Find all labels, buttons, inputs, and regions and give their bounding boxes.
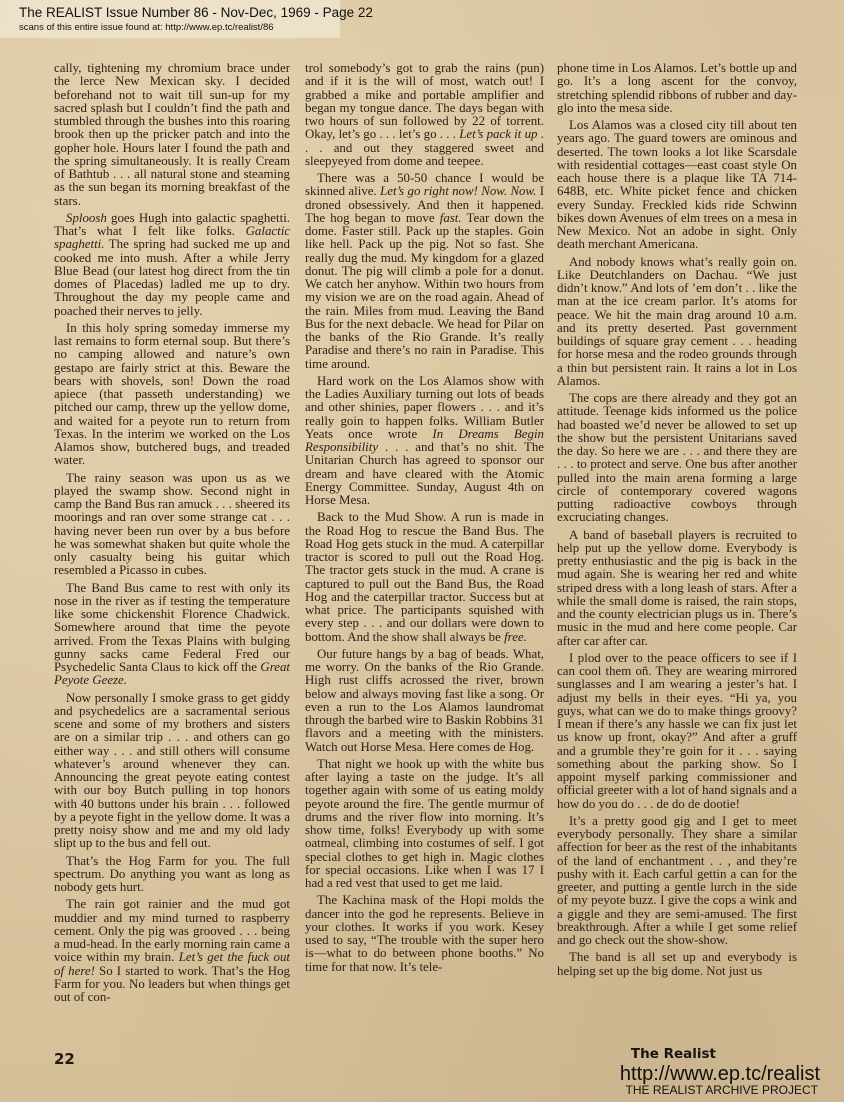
article-paragraph: And nobody knows what’s really goin on. … (557, 256, 797, 389)
article-paragraph: A band of baseball players is recruited … (557, 529, 797, 648)
article-paragraph: The band is all set up and everybody is … (557, 951, 797, 978)
article-paragraph: In this holy spring someday immerse my l… (54, 322, 290, 468)
footer-brand: The Realist (631, 1046, 716, 1062)
footer-project-name: THE REALIST ARCHIVE PROJECT (626, 1083, 819, 1097)
article-paragraph: Hard work on the Los Alamos show with th… (305, 375, 544, 508)
banner-title: The REALIST Issue Number 86 - Nov-Dec, 1… (19, 5, 373, 20)
article-paragraph: cally, tightening my chromium brace unde… (54, 62, 290, 208)
article-paragraph: phone time in Los Alamos. Let’s bottle u… (557, 62, 797, 115)
article-paragraph: I plod over to the peace officers to see… (557, 652, 797, 811)
article-paragraph: The rainy season was upon us as we playe… (54, 472, 290, 578)
article-paragraph: That night we hook up with the white bus… (305, 758, 544, 891)
article-column-1: cally, tightening my chromium brace unde… (54, 62, 290, 1008)
article-paragraph: It’s a pretty good gig and I get to meet… (557, 815, 797, 948)
article-paragraph: The rain got rainier and the mud got mud… (54, 898, 290, 1004)
article-paragraph: The Kachina mask of the Hopi molds the d… (305, 894, 544, 974)
article-paragraph: That’s the Hog Farm for you. The full sp… (54, 855, 290, 895)
article-paragraph: Los Alamos was a closed city till about … (557, 119, 797, 252)
archive-banner: The REALIST Issue Number 86 - Nov-Dec, 1… (0, 0, 340, 38)
banner-subtitle: scans of this entire issue found at: htt… (19, 22, 274, 33)
article-paragraph: There was a 50-50 chance I would be skin… (305, 172, 544, 371)
article-paragraph: Back to the Mud Show. A run is made in t… (305, 511, 544, 644)
page-number: 22 (54, 1050, 75, 1068)
article-column-2: trol somebody’s got to grab the rains (p… (305, 62, 544, 978)
article-paragraph: The Band Bus came to rest with only its … (54, 582, 290, 688)
article-paragraph: Our future hangs by a bag of beads. What… (305, 648, 544, 754)
article-paragraph: trol somebody’s got to grab the rains (p… (305, 62, 544, 168)
article-paragraph: Sploosh goes Hugh into galactic spaghett… (54, 212, 290, 318)
article-paragraph: The cops are there already and they got … (557, 392, 797, 525)
article-paragraph: Now personally I smoke grass to get gidd… (54, 692, 290, 851)
article-column-3: phone time in Los Alamos. Let’s bottle u… (557, 62, 797, 982)
